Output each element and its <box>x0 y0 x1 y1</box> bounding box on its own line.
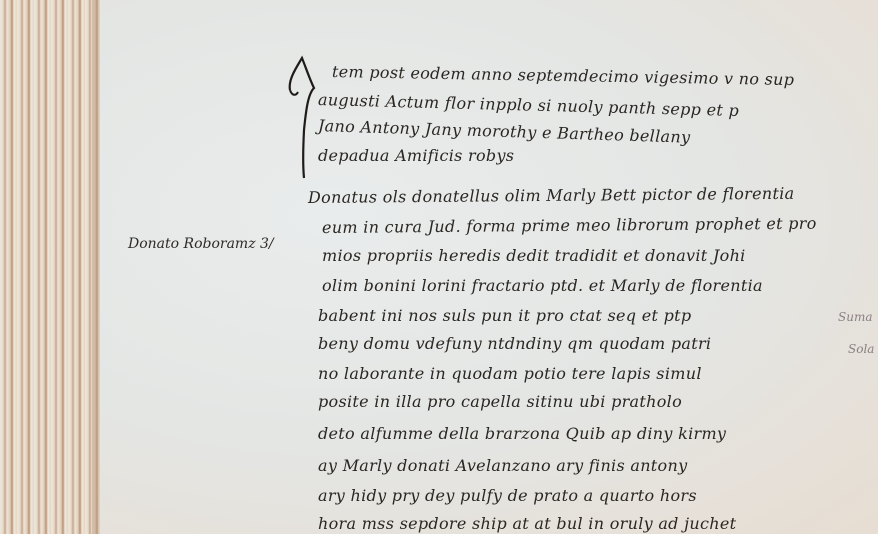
manuscript-line: babent ini nos suls pun it pro ctat seq … <box>318 306 691 325</box>
book-page-edges <box>0 0 100 534</box>
marginal-note-left: Donato Roboramz 3/ <box>128 236 274 252</box>
manuscript-line: olim bonini lorini fractario ptd. et Mar… <box>322 276 763 295</box>
manuscript-line: posite in illa pro capella sitinu ubi pr… <box>318 392 682 411</box>
manuscript-line: beny domu vdefuny ntdndiny qm quodam pat… <box>318 334 711 353</box>
marginal-note-right: Sola <box>848 342 874 356</box>
manuscript-line: mios propriis heredis dedit tradidit et … <box>322 246 746 265</box>
manuscript-line: ary hidy pry dey pulfy de prato a quarto… <box>318 486 697 505</box>
manuscript-line: ay Marly donati Avelanzano ary finis ant… <box>318 456 687 475</box>
manuscript-line: no laborante in quodam potio tere lapis … <box>318 364 702 383</box>
manuscript-line: depadua Amificis robys <box>318 146 514 165</box>
manuscript-line: deto alfumme della brarzona Quib ap diny… <box>318 424 726 443</box>
marginal-note-right: Suma <box>838 310 872 324</box>
manuscript-photo: tem post eodem anno septemdecimo vigesim… <box>0 0 878 534</box>
manuscript-line: hora mss sepdore ship at at bul in oruly… <box>318 514 736 533</box>
